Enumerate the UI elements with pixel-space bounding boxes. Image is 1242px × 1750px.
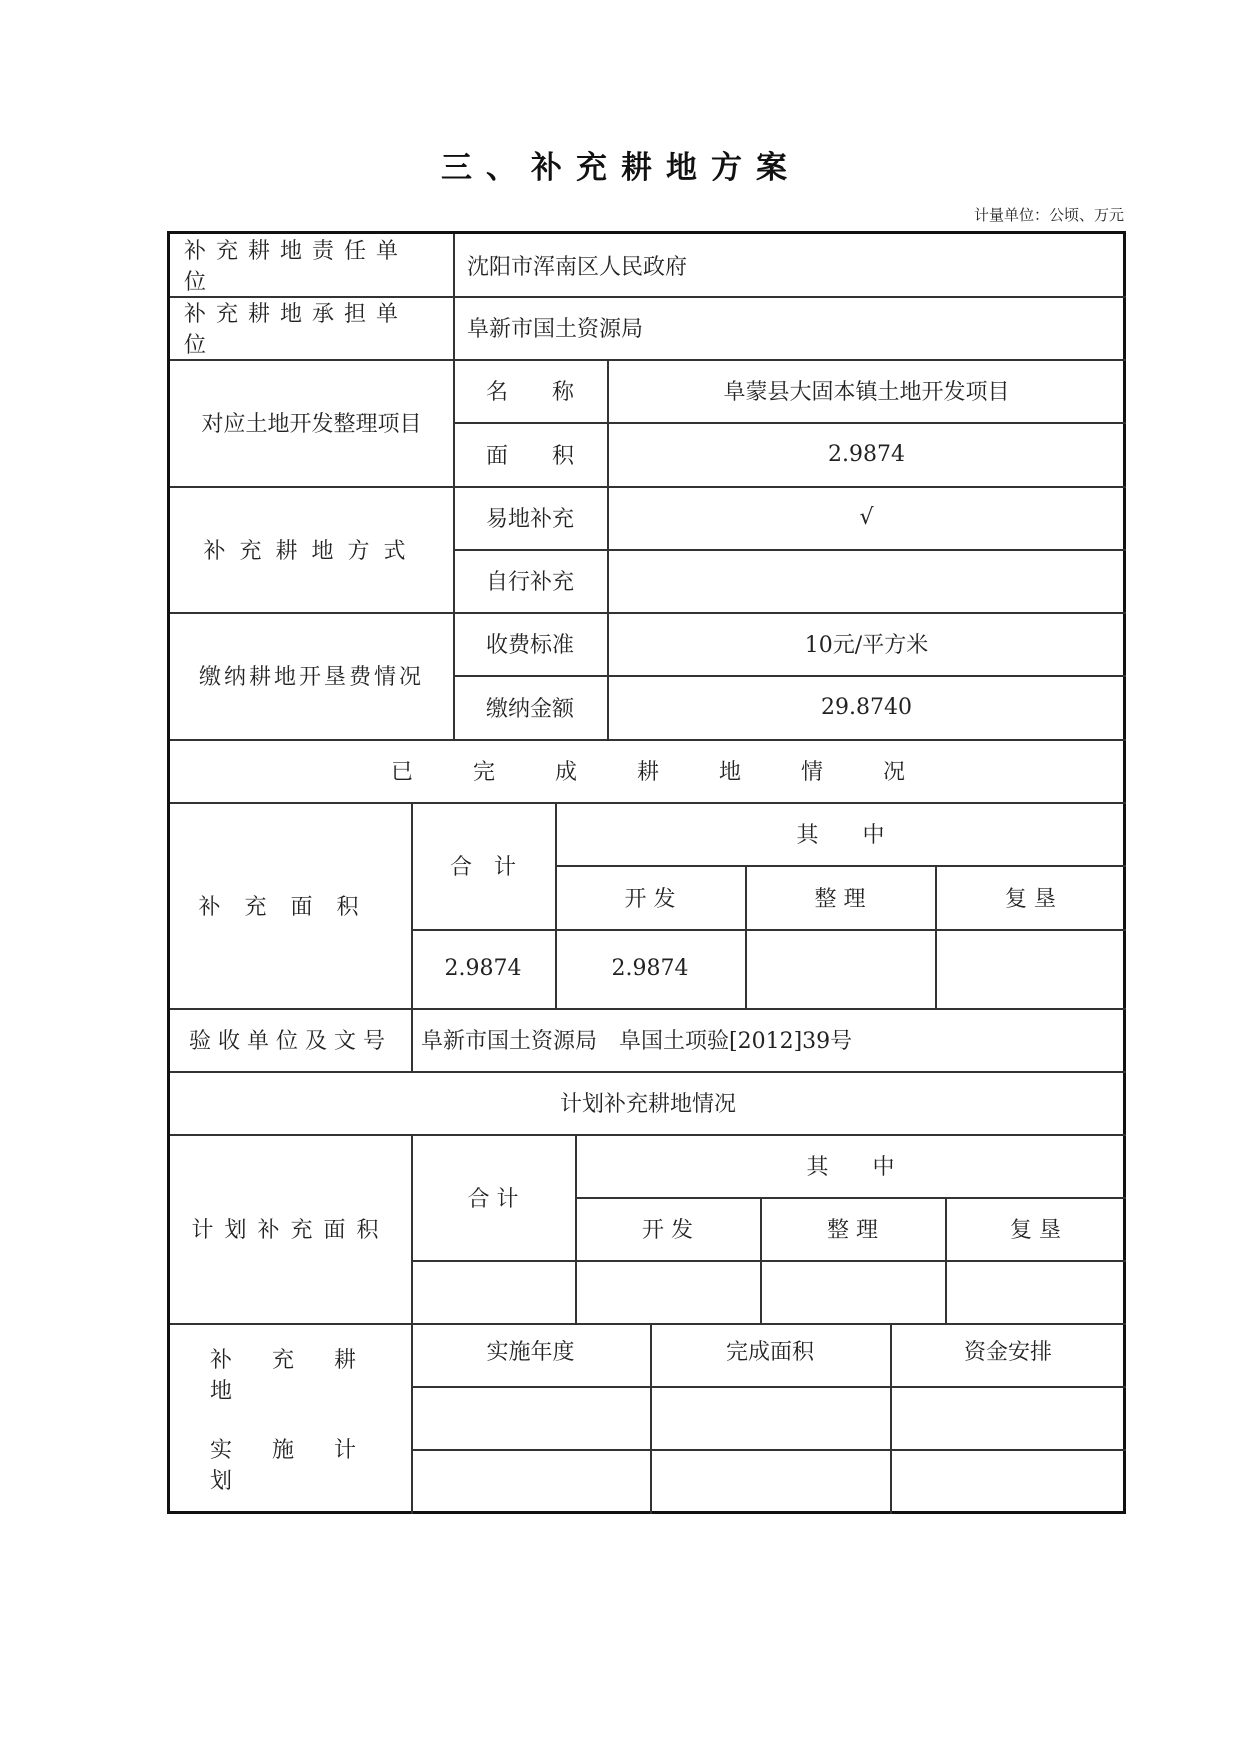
undertaking-unit-value: 阜新市国土资源局 (453, 296, 1126, 359)
planned-total-value (411, 1260, 575, 1323)
impl-row1-funding (890, 1386, 1126, 1449)
impl-col-area: 完成面积 (650, 1323, 890, 1386)
planned-of-which-header: 其 中 (575, 1134, 1126, 1197)
relocated-supplement-label: 易地补充 (453, 486, 607, 549)
planned-consolidation-value (760, 1260, 945, 1323)
acceptance-label: 验收单位及文号 (170, 1008, 411, 1071)
completed-col-consolidation: 整 理 (745, 865, 935, 929)
fee-standard-value: 10元/平方米 (607, 612, 1126, 675)
planned-col-reclamation: 复 垦 (945, 1197, 1126, 1260)
completed-col-development: 开 发 (555, 865, 745, 929)
planned-development-value (575, 1260, 760, 1323)
responsible-unit-value: 沈阳市浑南区人民政府 (453, 234, 1126, 296)
completed-col-reclamation: 复 垦 (935, 865, 1126, 929)
completed-development-value: 2.9874 (555, 929, 745, 1008)
planned-total-header: 合 计 (411, 1134, 575, 1260)
completed-total-value: 2.9874 (411, 929, 555, 1008)
planned-heading: 计划补充耕地情况 (170, 1071, 1126, 1134)
project-name-label: 名 称 (453, 359, 607, 422)
completed-area-label: 补充面积 (170, 802, 411, 1008)
impl-row1-area (650, 1386, 890, 1449)
measurement-unit: 计量单位：公顷、万元 (974, 204, 1124, 225)
implementation-label-line2: 实施计划 (170, 1433, 411, 1495)
fee-amount-label: 缴纳金额 (453, 675, 607, 739)
project-name-value: 阜蒙县大固本镇土地开发项目 (607, 359, 1126, 422)
completed-heading: 已完成耕地情况 (170, 739, 1126, 802)
supplementary-farmland-table: 补充耕地责任单位 沈阳市浑南区人民政府 补充耕地承担单位 阜新市国土资源局 对应… (167, 231, 1126, 1514)
project-area-value: 2.9874 (607, 422, 1126, 486)
planned-reclamation-value (945, 1260, 1126, 1323)
impl-col-year: 实施年度 (411, 1323, 650, 1386)
fee-standard-label: 收费标准 (453, 612, 607, 675)
completed-reclamation-value (935, 929, 1126, 1008)
planned-col-consolidation: 整 理 (760, 1197, 945, 1260)
project-area-label: 面 积 (453, 422, 607, 486)
completed-total-header: 合 计 (411, 802, 555, 929)
acceptance-value: 阜新市国土资源局 阜国土项验[2012]39号 (411, 1008, 1126, 1071)
relocated-supplement-check: √ (607, 486, 1126, 549)
page-title: 三、补充耕地方案 (0, 142, 1242, 187)
undertaking-unit-label: 补充耕地承担单位 (170, 296, 453, 359)
fee-amount-value: 29.8740 (607, 675, 1126, 739)
impl-row2-area (650, 1449, 890, 1514)
implementation-label-line1: 补充耕地 (170, 1343, 411, 1405)
method-label: 补充耕地方式 (170, 486, 453, 612)
self-supplement-label: 自行补充 (453, 549, 607, 612)
planned-col-development: 开 发 (575, 1197, 760, 1260)
completed-of-which-header: 其 中 (555, 802, 1126, 865)
impl-col-funding: 资金安排 (890, 1323, 1126, 1386)
project-label: 对应土地开发整理项目 (170, 359, 453, 486)
completed-consolidation-value (745, 929, 935, 1008)
impl-row2-funding (890, 1449, 1126, 1514)
responsible-unit-label: 补充耕地责任单位 (170, 234, 453, 296)
impl-row1-year (411, 1386, 650, 1449)
planned-area-label: 计划补充面积 (170, 1134, 411, 1323)
impl-row2-year (411, 1449, 650, 1514)
self-supplement-value (607, 549, 1126, 612)
implementation-label: 补充耕地 实施计划 (170, 1323, 411, 1514)
fee-label: 缴纳耕地开垦费情况 (170, 612, 453, 739)
